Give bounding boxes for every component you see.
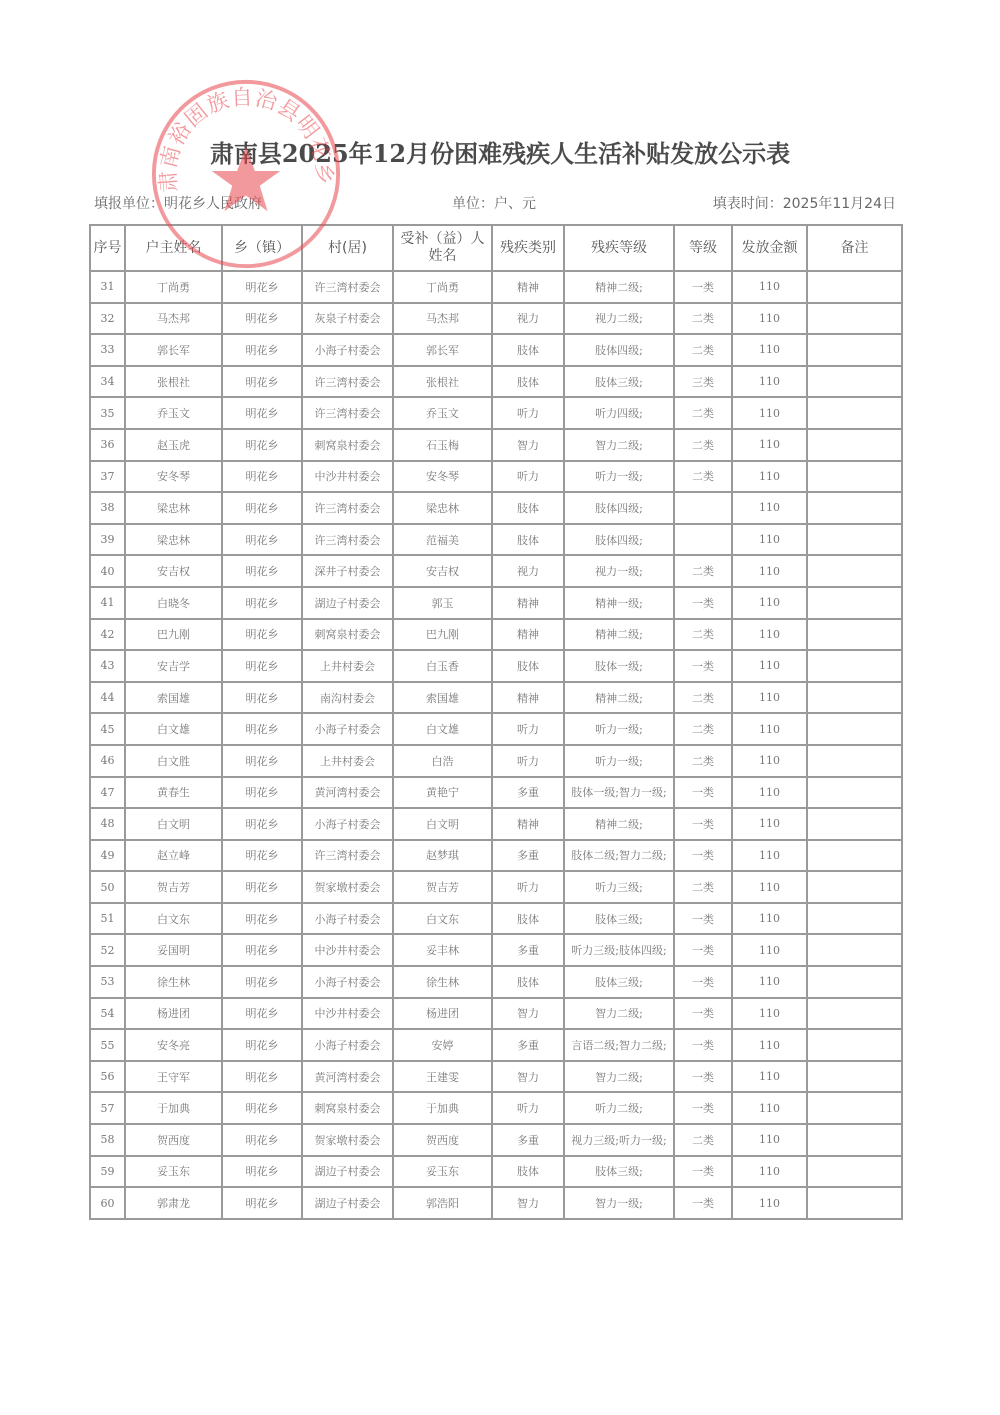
cell-recipient-name: 贺西度 bbox=[393, 1124, 492, 1156]
table-row: 52妥国明明花乡中沙井村委会妥丰林多重听力三级;肢体四级;一类110 bbox=[90, 934, 902, 966]
cell-town: 明花乡 bbox=[222, 397, 302, 429]
cell-remarks bbox=[807, 650, 902, 682]
cell-grade-class: 二类 bbox=[674, 461, 732, 493]
table-row: 39梁忠林明花乡许三湾村委会范福美肢体肢体四级;110 bbox=[90, 524, 902, 556]
cell-disability-level: 听力一级; bbox=[564, 745, 674, 777]
cell-village: 许三湾村委会 bbox=[302, 366, 393, 398]
cell-recipient-name: 赵梦琪 bbox=[393, 840, 492, 872]
cell-grade-class: 一类 bbox=[674, 1092, 732, 1124]
cell-disability-category: 视力 bbox=[492, 303, 564, 335]
cell-amount: 110 bbox=[732, 461, 807, 493]
cell-row-number: 54 bbox=[90, 998, 125, 1030]
cell-recipient-name: 安吉权 bbox=[393, 555, 492, 587]
cell-disability-category: 肢体 bbox=[492, 492, 564, 524]
cell-household-head: 黄春生 bbox=[125, 777, 222, 809]
column-header: 残疾类别 bbox=[492, 225, 564, 271]
cell-grade-class: 二类 bbox=[674, 682, 732, 714]
cell-recipient-name: 黄艳宁 bbox=[393, 777, 492, 809]
cell-town: 明花乡 bbox=[222, 650, 302, 682]
cell-town: 明花乡 bbox=[222, 777, 302, 809]
cell-village: 中沙井村委会 bbox=[302, 934, 393, 966]
cell-disability-level: 肢体四级; bbox=[564, 492, 674, 524]
cell-row-number: 59 bbox=[90, 1156, 125, 1188]
cell-grade-class: 一类 bbox=[674, 840, 732, 872]
cell-recipient-name: 徐生林 bbox=[393, 966, 492, 998]
cell-disability-level: 精神二级; bbox=[564, 271, 674, 303]
cell-remarks bbox=[807, 934, 902, 966]
cell-town: 明花乡 bbox=[222, 619, 302, 651]
cell-row-number: 49 bbox=[90, 840, 125, 872]
cell-town: 明花乡 bbox=[222, 903, 302, 935]
cell-amount: 110 bbox=[732, 366, 807, 398]
cell-disability-level: 精神二级; bbox=[564, 682, 674, 714]
cell-household-head: 赵立峰 bbox=[125, 840, 222, 872]
cell-disability-level: 智力二级; bbox=[564, 998, 674, 1030]
table-row: 41白晓冬明花乡湖边子村委会郭玉精神精神一级;一类110 bbox=[90, 587, 902, 619]
cell-amount: 110 bbox=[732, 492, 807, 524]
cell-grade-class: 一类 bbox=[674, 650, 732, 682]
cell-recipient-name: 梁忠林 bbox=[393, 492, 492, 524]
cell-amount: 110 bbox=[732, 1092, 807, 1124]
cell-town: 明花乡 bbox=[222, 745, 302, 777]
cell-household-head: 妥玉东 bbox=[125, 1156, 222, 1188]
cell-recipient-name: 马杰邦 bbox=[393, 303, 492, 335]
cell-disability-category: 听力 bbox=[492, 1092, 564, 1124]
cell-remarks bbox=[807, 366, 902, 398]
cell-remarks bbox=[807, 587, 902, 619]
cell-row-number: 52 bbox=[90, 934, 125, 966]
cell-disability-level: 视力二级; bbox=[564, 303, 674, 335]
table-row: 51白文东明花乡小海子村委会白文东肢体肢体三级;一类110 bbox=[90, 903, 902, 935]
table-row: 43安吉学明花乡上井村委会白玉香肢体肢体一级;一类110 bbox=[90, 650, 902, 682]
table-row: 48白文明明花乡小海子村委会白文明精神精神二级;一类110 bbox=[90, 808, 902, 840]
table-row: 57于加典明花乡刺窝泉村委会于加典听力听力二级;一类110 bbox=[90, 1092, 902, 1124]
cell-grade-class: 一类 bbox=[674, 1029, 732, 1061]
column-header: 备注 bbox=[807, 225, 902, 271]
cell-remarks bbox=[807, 903, 902, 935]
cell-disability-level: 智力二级; bbox=[564, 1061, 674, 1093]
cell-town: 明花乡 bbox=[222, 1029, 302, 1061]
cell-disability-category: 精神 bbox=[492, 271, 564, 303]
column-header: 残疾等级 bbox=[564, 225, 674, 271]
table-body: 31丁尚勇明花乡许三湾村委会丁尚勇精神精神二级;一类11032马杰邦明花乡灰泉子… bbox=[90, 271, 902, 1219]
cell-amount: 110 bbox=[732, 1124, 807, 1156]
cell-village: 刺窝泉村委会 bbox=[302, 619, 393, 651]
table-row: 44索国雄明花乡南沟村委会索国雄精神精神二级;二类110 bbox=[90, 682, 902, 714]
cell-recipient-name: 索国雄 bbox=[393, 682, 492, 714]
cell-row-number: 38 bbox=[90, 492, 125, 524]
cell-village: 贺家墩村委会 bbox=[302, 1124, 393, 1156]
cell-town: 明花乡 bbox=[222, 934, 302, 966]
cell-village: 小海子村委会 bbox=[302, 966, 393, 998]
cell-row-number: 60 bbox=[90, 1187, 125, 1219]
cell-town: 明花乡 bbox=[222, 1156, 302, 1188]
cell-grade-class: 二类 bbox=[674, 303, 732, 335]
cell-disability-level: 肢体一级;智力一级; bbox=[564, 777, 674, 809]
cell-amount: 110 bbox=[732, 682, 807, 714]
cell-grade-class: 一类 bbox=[674, 808, 732, 840]
cell-amount: 110 bbox=[732, 1187, 807, 1219]
cell-household-head: 梁忠林 bbox=[125, 492, 222, 524]
cell-village: 刺窝泉村委会 bbox=[302, 429, 393, 461]
cell-household-head: 赵玉虎 bbox=[125, 429, 222, 461]
cell-village: 小海子村委会 bbox=[302, 1029, 393, 1061]
cell-village: 许三湾村委会 bbox=[302, 397, 393, 429]
cell-household-head: 安冬亮 bbox=[125, 1029, 222, 1061]
cell-town: 明花乡 bbox=[222, 1187, 302, 1219]
cell-disability-level: 听力四级; bbox=[564, 397, 674, 429]
cell-grade-class: 三类 bbox=[674, 366, 732, 398]
cell-disability-level: 肢体四级; bbox=[564, 524, 674, 556]
cell-grade-class: 一类 bbox=[674, 903, 732, 935]
cell-household-head: 白文雄 bbox=[125, 713, 222, 745]
cell-disability-level: 智力一级; bbox=[564, 1187, 674, 1219]
column-header: 乡（镇） bbox=[222, 225, 302, 271]
cell-village: 许三湾村委会 bbox=[302, 271, 393, 303]
cell-village: 许三湾村委会 bbox=[302, 840, 393, 872]
cell-grade-class: 一类 bbox=[674, 777, 732, 809]
cell-row-number: 50 bbox=[90, 871, 125, 903]
table-row: 56王守军明花乡黄河湾村委会王建雯智力智力二级;一类110 bbox=[90, 1061, 902, 1093]
cell-amount: 110 bbox=[732, 555, 807, 587]
cell-remarks bbox=[807, 745, 902, 777]
cell-amount: 110 bbox=[732, 429, 807, 461]
cell-recipient-name: 白文东 bbox=[393, 903, 492, 935]
cell-row-number: 51 bbox=[90, 903, 125, 935]
cell-disability-level: 视力一级; bbox=[564, 555, 674, 587]
cell-remarks bbox=[807, 271, 902, 303]
cell-disability-category: 多重 bbox=[492, 1124, 564, 1156]
table-row: 54杨进团明花乡中沙井村委会杨进团智力智力二级;一类110 bbox=[90, 998, 902, 1030]
column-header: 户主姓名 bbox=[125, 225, 222, 271]
cell-disability-level: 听力二级; bbox=[564, 1092, 674, 1124]
table-row: 33郭长军明花乡小海子村委会郭长军肢体肢体四级;二类110 bbox=[90, 334, 902, 366]
cell-town: 明花乡 bbox=[222, 271, 302, 303]
cell-disability-level: 精神二级; bbox=[564, 808, 674, 840]
table-row: 37安冬琴明花乡中沙井村委会安冬琴听力听力一级;二类110 bbox=[90, 461, 902, 493]
cell-remarks bbox=[807, 461, 902, 493]
cell-village: 小海子村委会 bbox=[302, 808, 393, 840]
cell-household-head: 徐生林 bbox=[125, 966, 222, 998]
cell-row-number: 58 bbox=[90, 1124, 125, 1156]
cell-household-head: 张根社 bbox=[125, 366, 222, 398]
column-header: 村(居) bbox=[302, 225, 393, 271]
document-title: 肃南县2025年12月份困难残疾人生活补贴发放公示表 bbox=[0, 134, 1000, 169]
cell-household-head: 贺吉芳 bbox=[125, 871, 222, 903]
cell-amount: 110 bbox=[732, 903, 807, 935]
cell-town: 明花乡 bbox=[222, 998, 302, 1030]
unit-label: 单位：户、元 bbox=[452, 193, 536, 213]
cell-village: 中沙井村委会 bbox=[302, 998, 393, 1030]
cell-disability-level: 智力二级; bbox=[564, 429, 674, 461]
cell-recipient-name: 贺吉芳 bbox=[393, 871, 492, 903]
cell-amount: 110 bbox=[732, 871, 807, 903]
cell-row-number: 37 bbox=[90, 461, 125, 493]
cell-grade-class: 二类 bbox=[674, 555, 732, 587]
cell-village: 上井村委会 bbox=[302, 745, 393, 777]
cell-disability-category: 肢体 bbox=[492, 903, 564, 935]
cell-remarks bbox=[807, 1092, 902, 1124]
cell-grade-class: 二类 bbox=[674, 334, 732, 366]
cell-recipient-name: 白浩 bbox=[393, 745, 492, 777]
cell-recipient-name: 郭浩阳 bbox=[393, 1187, 492, 1219]
cell-row-number: 48 bbox=[90, 808, 125, 840]
table-row: 60郭肃龙明花乡湖边子村委会郭浩阳智力智力一级;一类110 bbox=[90, 1187, 902, 1219]
cell-village: 贺家墩村委会 bbox=[302, 871, 393, 903]
table-row: 40安吉权明花乡深井子村委会安吉权视力视力一级;二类110 bbox=[90, 555, 902, 587]
cell-disability-level: 听力三级;肢体四级; bbox=[564, 934, 674, 966]
cell-remarks bbox=[807, 777, 902, 809]
cell-remarks bbox=[807, 998, 902, 1030]
cell-amount: 110 bbox=[732, 1156, 807, 1188]
cell-remarks bbox=[807, 682, 902, 714]
column-header: 序号 bbox=[90, 225, 125, 271]
cell-village: 中沙井村委会 bbox=[302, 461, 393, 493]
cell-amount: 110 bbox=[732, 966, 807, 998]
fill-date: 填表时间：2025年11月24日 bbox=[713, 193, 896, 213]
table-row: 47黄春生明花乡黄河湾村委会黄艳宁多重肢体一级;智力一级;一类110 bbox=[90, 777, 902, 809]
cell-amount: 110 bbox=[732, 587, 807, 619]
cell-household-head: 妥国明 bbox=[125, 934, 222, 966]
cell-disability-level: 听力一级; bbox=[564, 713, 674, 745]
cell-grade-class: 一类 bbox=[674, 1156, 732, 1188]
cell-recipient-name: 丁尚勇 bbox=[393, 271, 492, 303]
cell-disability-category: 听力 bbox=[492, 745, 564, 777]
cell-town: 明花乡 bbox=[222, 492, 302, 524]
cell-grade-class bbox=[674, 524, 732, 556]
cell-household-head: 马杰邦 bbox=[125, 303, 222, 335]
cell-town: 明花乡 bbox=[222, 555, 302, 587]
cell-disability-category: 智力 bbox=[492, 429, 564, 461]
cell-disability-category: 听力 bbox=[492, 713, 564, 745]
cell-household-head: 乔玉文 bbox=[125, 397, 222, 429]
cell-disability-level: 精神一级; bbox=[564, 587, 674, 619]
cell-row-number: 41 bbox=[90, 587, 125, 619]
cell-disability-category: 听力 bbox=[492, 397, 564, 429]
cell-household-head: 安冬琴 bbox=[125, 461, 222, 493]
cell-grade-class: 一类 bbox=[674, 271, 732, 303]
cell-household-head: 丁尚勇 bbox=[125, 271, 222, 303]
cell-amount: 110 bbox=[732, 271, 807, 303]
cell-row-number: 53 bbox=[90, 966, 125, 998]
cell-remarks bbox=[807, 303, 902, 335]
cell-disability-category: 智力 bbox=[492, 998, 564, 1030]
cell-recipient-name: 白玉香 bbox=[393, 650, 492, 682]
cell-grade-class: 二类 bbox=[674, 745, 732, 777]
cell-disability-level: 听力一级; bbox=[564, 461, 674, 493]
cell-household-head: 郭肃龙 bbox=[125, 1187, 222, 1219]
cell-disability-level: 肢体二级;智力二级; bbox=[564, 840, 674, 872]
cell-row-number: 32 bbox=[90, 303, 125, 335]
cell-remarks bbox=[807, 397, 902, 429]
cell-recipient-name: 石玉梅 bbox=[393, 429, 492, 461]
cell-remarks bbox=[807, 492, 902, 524]
reporting-unit: 填报单位：明花乡人民政府 bbox=[94, 193, 262, 213]
cell-disability-level: 言语二级;智力二级; bbox=[564, 1029, 674, 1061]
cell-disability-category: 视力 bbox=[492, 555, 564, 587]
table-row: 46白文胜明花乡上井村委会白浩听力听力一级;二类110 bbox=[90, 745, 902, 777]
cell-town: 明花乡 bbox=[222, 713, 302, 745]
cell-grade-class: 一类 bbox=[674, 998, 732, 1030]
cell-recipient-name: 王建雯 bbox=[393, 1061, 492, 1093]
cell-village: 小海子村委会 bbox=[302, 334, 393, 366]
cell-remarks bbox=[807, 713, 902, 745]
cell-town: 明花乡 bbox=[222, 303, 302, 335]
cell-disability-category: 肢体 bbox=[492, 650, 564, 682]
cell-remarks bbox=[807, 1061, 902, 1093]
cell-town: 明花乡 bbox=[222, 871, 302, 903]
cell-amount: 110 bbox=[732, 397, 807, 429]
cell-disability-level: 肢体三级; bbox=[564, 1156, 674, 1188]
cell-household-head: 王守军 bbox=[125, 1061, 222, 1093]
cell-disability-category: 精神 bbox=[492, 808, 564, 840]
cell-disability-category: 肢体 bbox=[492, 524, 564, 556]
cell-village: 湖边子村委会 bbox=[302, 1187, 393, 1219]
table-row: 55安冬亮明花乡小海子村委会安婷多重言语二级;智力二级;一类110 bbox=[90, 1029, 902, 1061]
column-header: 发放金额 bbox=[732, 225, 807, 271]
cell-amount: 110 bbox=[732, 934, 807, 966]
cell-amount: 110 bbox=[732, 998, 807, 1030]
cell-row-number: 55 bbox=[90, 1029, 125, 1061]
cell-town: 明花乡 bbox=[222, 1061, 302, 1093]
cell-disability-level: 肢体四级; bbox=[564, 334, 674, 366]
cell-village: 深井子村委会 bbox=[302, 555, 393, 587]
cell-town: 明花乡 bbox=[222, 524, 302, 556]
cell-amount: 110 bbox=[732, 713, 807, 745]
cell-disability-category: 智力 bbox=[492, 1061, 564, 1093]
cell-household-head: 巴九刚 bbox=[125, 619, 222, 651]
cell-disability-category: 多重 bbox=[492, 840, 564, 872]
cell-disability-level: 肢体三级; bbox=[564, 966, 674, 998]
cell-remarks bbox=[807, 966, 902, 998]
cell-recipient-name: 郭玉 bbox=[393, 587, 492, 619]
cell-household-head: 杨进团 bbox=[125, 998, 222, 1030]
cell-amount: 110 bbox=[732, 777, 807, 809]
cell-row-number: 44 bbox=[90, 682, 125, 714]
cell-row-number: 57 bbox=[90, 1092, 125, 1124]
cell-recipient-name: 白文雄 bbox=[393, 713, 492, 745]
cell-village: 上井村委会 bbox=[302, 650, 393, 682]
cell-row-number: 47 bbox=[90, 777, 125, 809]
cell-disability-category: 肢体 bbox=[492, 334, 564, 366]
cell-row-number: 40 bbox=[90, 555, 125, 587]
cell-town: 明花乡 bbox=[222, 334, 302, 366]
cell-grade-class: 一类 bbox=[674, 587, 732, 619]
cell-remarks bbox=[807, 555, 902, 587]
cell-remarks bbox=[807, 1187, 902, 1219]
cell-town: 明花乡 bbox=[222, 461, 302, 493]
cell-disability-category: 精神 bbox=[492, 682, 564, 714]
cell-amount: 110 bbox=[732, 808, 807, 840]
cell-town: 明花乡 bbox=[222, 682, 302, 714]
cell-amount: 110 bbox=[732, 619, 807, 651]
cell-row-number: 36 bbox=[90, 429, 125, 461]
cell-recipient-name: 郭长军 bbox=[393, 334, 492, 366]
table-row: 38梁忠林明花乡许三湾村委会梁忠林肢体肢体四级;110 bbox=[90, 492, 902, 524]
cell-disability-level: 肢体一级; bbox=[564, 650, 674, 682]
cell-recipient-name: 于加典 bbox=[393, 1092, 492, 1124]
cell-row-number: 34 bbox=[90, 366, 125, 398]
cell-disability-category: 智力 bbox=[492, 1187, 564, 1219]
cell-household-head: 白文东 bbox=[125, 903, 222, 935]
table-row: 49赵立峰明花乡许三湾村委会赵梦琪多重肢体二级;智力二级;一类110 bbox=[90, 840, 902, 872]
cell-row-number: 31 bbox=[90, 271, 125, 303]
cell-household-head: 贺西度 bbox=[125, 1124, 222, 1156]
cell-household-head: 白文胜 bbox=[125, 745, 222, 777]
subsidy-table: 序号户主姓名乡（镇）村(居)受补（益）人姓名残疾类别残疾等级等级发放金额备注 3… bbox=[89, 224, 903, 1220]
cell-amount: 110 bbox=[732, 303, 807, 335]
cell-village: 小海子村委会 bbox=[302, 713, 393, 745]
cell-village: 许三湾村委会 bbox=[302, 524, 393, 556]
cell-remarks bbox=[807, 619, 902, 651]
cell-household-head: 白文明 bbox=[125, 808, 222, 840]
cell-grade-class: 二类 bbox=[674, 397, 732, 429]
cell-village: 湖边子村委会 bbox=[302, 587, 393, 619]
cell-grade-class: 二类 bbox=[674, 429, 732, 461]
cell-town: 明花乡 bbox=[222, 840, 302, 872]
cell-grade-class: 一类 bbox=[674, 1061, 732, 1093]
cell-disability-level: 精神二级; bbox=[564, 619, 674, 651]
cell-village: 南沟村委会 bbox=[302, 682, 393, 714]
cell-row-number: 33 bbox=[90, 334, 125, 366]
table-row: 45白文雄明花乡小海子村委会白文雄听力听力一级;二类110 bbox=[90, 713, 902, 745]
cell-amount: 110 bbox=[732, 650, 807, 682]
table-header-row: 序号户主姓名乡（镇）村(居)受补（益）人姓名残疾类别残疾等级等级发放金额备注 bbox=[90, 225, 902, 271]
cell-remarks bbox=[807, 429, 902, 461]
cell-grade-class: 二类 bbox=[674, 871, 732, 903]
cell-village: 许三湾村委会 bbox=[302, 492, 393, 524]
cell-recipient-name: 巴九刚 bbox=[393, 619, 492, 651]
cell-recipient-name: 妥玉东 bbox=[393, 1156, 492, 1188]
cell-recipient-name: 妥丰林 bbox=[393, 934, 492, 966]
cell-row-number: 42 bbox=[90, 619, 125, 651]
cell-town: 明花乡 bbox=[222, 1124, 302, 1156]
cell-disability-category: 听力 bbox=[492, 871, 564, 903]
table-row: 59妥玉东明花乡湖边子村委会妥玉东肢体肢体三级;一类110 bbox=[90, 1156, 902, 1188]
table-row: 58贺西度明花乡贺家墩村委会贺西度多重视力三级;听力一级;二类110 bbox=[90, 1124, 902, 1156]
cell-disability-level: 视力三级;听力一级; bbox=[564, 1124, 674, 1156]
cell-household-head: 白晓冬 bbox=[125, 587, 222, 619]
cell-grade-class: 二类 bbox=[674, 619, 732, 651]
cell-town: 明花乡 bbox=[222, 366, 302, 398]
cell-amount: 110 bbox=[732, 840, 807, 872]
table-row: 42巴九刚明花乡刺窝泉村委会巴九刚精神精神二级;二类110 bbox=[90, 619, 902, 651]
cell-recipient-name: 张根社 bbox=[393, 366, 492, 398]
cell-recipient-name: 杨进团 bbox=[393, 998, 492, 1030]
cell-row-number: 35 bbox=[90, 397, 125, 429]
table-row: 36赵玉虎明花乡刺窝泉村委会石玉梅智力智力二级;二类110 bbox=[90, 429, 902, 461]
cell-village: 小海子村委会 bbox=[302, 903, 393, 935]
cell-grade-class: 一类 bbox=[674, 966, 732, 998]
cell-recipient-name: 安婷 bbox=[393, 1029, 492, 1061]
table-row: 35乔玉文明花乡许三湾村委会乔玉文听力听力四级;二类110 bbox=[90, 397, 902, 429]
cell-remarks bbox=[807, 808, 902, 840]
cell-row-number: 45 bbox=[90, 713, 125, 745]
table-row: 50贺吉芳明花乡贺家墩村委会贺吉芳听力听力三级;二类110 bbox=[90, 871, 902, 903]
table-row: 31丁尚勇明花乡许三湾村委会丁尚勇精神精神二级;一类110 bbox=[90, 271, 902, 303]
cell-disability-category: 肢体 bbox=[492, 366, 564, 398]
column-header: 受补（益）人姓名 bbox=[393, 225, 492, 271]
cell-remarks bbox=[807, 524, 902, 556]
cell-remarks bbox=[807, 1156, 902, 1188]
cell-town: 明花乡 bbox=[222, 1092, 302, 1124]
cell-town: 明花乡 bbox=[222, 966, 302, 998]
cell-village: 湖边子村委会 bbox=[302, 1156, 393, 1188]
cell-disability-category: 多重 bbox=[492, 777, 564, 809]
cell-recipient-name: 白文明 bbox=[393, 808, 492, 840]
cell-grade-class: 二类 bbox=[674, 1124, 732, 1156]
cell-disability-category: 肢体 bbox=[492, 1156, 564, 1188]
